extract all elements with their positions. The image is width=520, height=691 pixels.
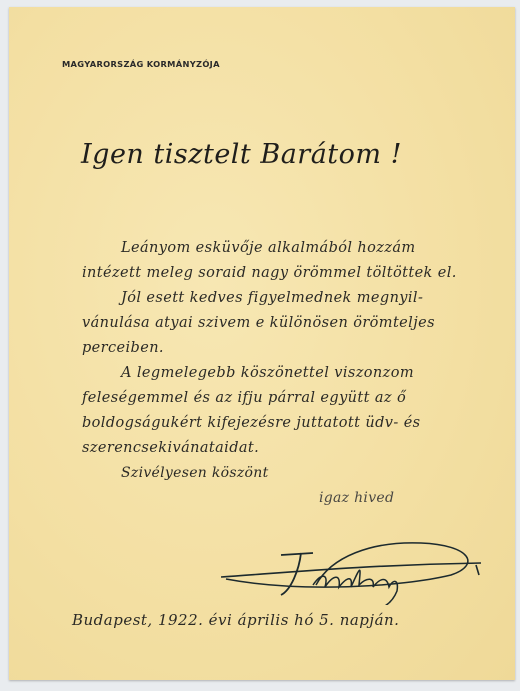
body-line: Jól esett kedves figyelmednek megnyil-	[121, 290, 423, 306]
valediction: igaz hived	[319, 490, 394, 506]
body-line: boldogságukért kifejezésre juttatott üdv…	[82, 415, 421, 431]
letterhead: MAGYARORSZÁG KORMÁNYZÓJA	[62, 59, 220, 69]
salutation: Igen tisztelt Barátom !	[81, 139, 402, 170]
body-line: intézett meleg soraid nagy örömmel töltö…	[82, 265, 457, 281]
body-line: A legmelegebb köszönettel viszonzom	[121, 365, 414, 381]
letter-paper: MAGYARORSZÁG KORMÁNYZÓJA Igen tisztelt B…	[9, 7, 515, 680]
body-line: perceiben.	[82, 340, 164, 356]
greeting-close: Szivélyesen köszönt	[121, 465, 269, 481]
body-line: Leányom esküvője alkalmából hozzám	[121, 240, 416, 256]
body-line: szerencsekivánataidat.	[82, 440, 259, 456]
body-line: feleségemmel és az ifju párral együtt az…	[82, 390, 406, 406]
body-line: vánulása atyai szivem e különösen örömte…	[82, 315, 435, 331]
signature-horthy	[221, 535, 491, 605]
dateline: Budapest, 1922. évi április hó 5. napján…	[72, 611, 399, 629]
